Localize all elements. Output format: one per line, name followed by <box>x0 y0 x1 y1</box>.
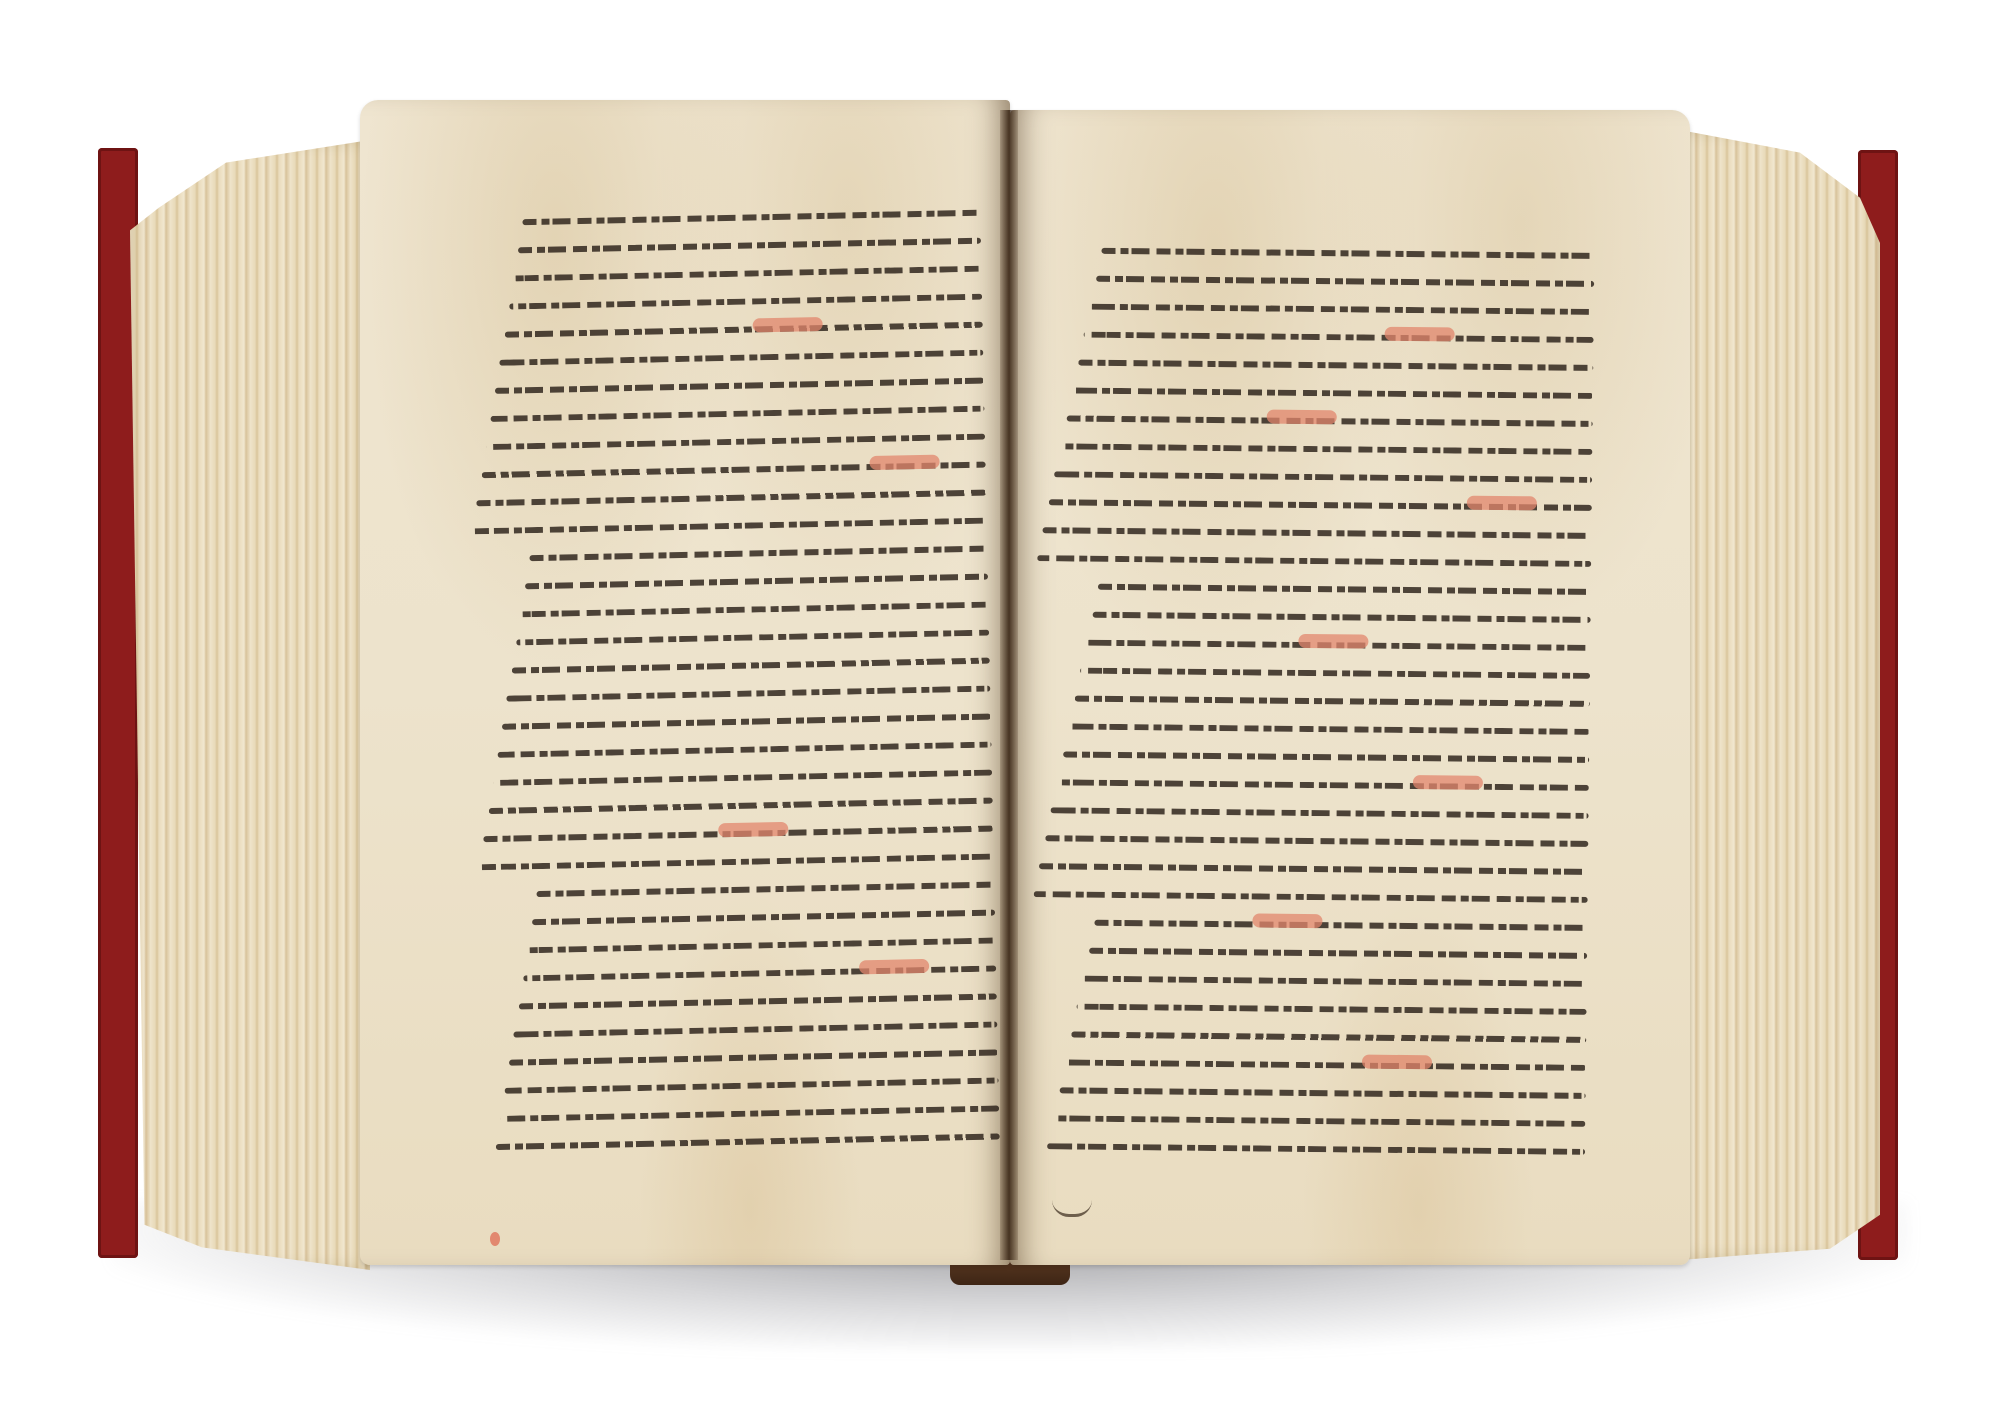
script-line <box>1057 779 1589 791</box>
right-page-text-block <box>1026 247 1595 1113</box>
rubric-word <box>718 822 788 837</box>
rubric-word <box>1252 913 1322 928</box>
script-line <box>521 602 989 618</box>
script-line <box>472 518 987 535</box>
script-line <box>500 350 984 366</box>
page-edges-left <box>130 140 370 1270</box>
script-line <box>509 294 982 310</box>
script-line <box>1071 1032 1586 1043</box>
script-line <box>1039 863 1588 875</box>
script-line <box>1092 612 1590 623</box>
script-line <box>1065 1059 1586 1070</box>
script-line <box>502 714 991 730</box>
script-line <box>525 574 988 590</box>
script-line <box>500 1105 999 1121</box>
script-line <box>528 937 996 953</box>
script-line <box>1043 527 1592 539</box>
script-line <box>1049 499 1592 511</box>
script-line <box>505 1077 999 1093</box>
script-line <box>486 434 985 450</box>
script-line <box>495 378 984 394</box>
script-line <box>1066 415 1592 427</box>
script-line <box>1095 920 1588 931</box>
script-line <box>518 993 996 1009</box>
script-line <box>1075 696 1590 707</box>
script-line <box>1084 332 1594 343</box>
rubric-word <box>859 959 929 974</box>
rubric-word <box>1298 634 1368 649</box>
rubric-word <box>869 455 939 470</box>
script-line <box>1063 751 1589 763</box>
rubric-word <box>1362 1055 1432 1070</box>
script-line <box>1090 304 1594 315</box>
script-line <box>1077 1004 1587 1015</box>
script-line <box>479 854 994 871</box>
left-page-text-block <box>460 210 999 1141</box>
script-line <box>507 686 991 702</box>
script-line <box>516 630 989 646</box>
script-line <box>1086 640 1590 651</box>
script-line <box>1078 360 1593 371</box>
script-line <box>491 406 985 422</box>
script-line <box>493 770 992 786</box>
script-line <box>1069 723 1590 734</box>
rubric-word <box>1467 496 1537 511</box>
script-line <box>1098 584 1591 595</box>
script-line <box>511 658 989 674</box>
script-line <box>514 1021 998 1037</box>
script-line <box>1089 948 1587 959</box>
script-line <box>504 322 982 338</box>
script-line <box>537 882 995 898</box>
script-line <box>1072 387 1593 398</box>
script-line <box>1083 976 1587 987</box>
script-line <box>1054 471 1592 483</box>
script-line <box>509 1049 998 1065</box>
script-line <box>484 826 994 843</box>
script-line <box>1051 807 1589 819</box>
script-line <box>514 266 982 282</box>
rubric-word <box>1385 327 1455 342</box>
rubric-word <box>1266 410 1336 425</box>
script-line <box>1033 891 1587 903</box>
script-line <box>488 798 992 815</box>
script-line <box>481 462 985 479</box>
script-line <box>518 238 981 254</box>
rubric-word <box>1413 775 1483 790</box>
script-line <box>1059 1087 1585 1099</box>
script-line <box>1045 835 1588 847</box>
folio-mark <box>490 1232 500 1246</box>
script-line <box>1060 443 1592 455</box>
script-line <box>1037 555 1591 567</box>
script-line <box>498 742 992 758</box>
script-line <box>532 910 995 926</box>
rubric-word <box>753 317 823 332</box>
script-line <box>530 546 988 562</box>
script-line <box>477 490 987 507</box>
script-line <box>523 965 996 981</box>
script-line <box>1080 668 1590 679</box>
page-edges-right <box>1680 130 1880 1260</box>
book-gutter <box>1000 110 1018 1260</box>
script-line <box>1096 276 1594 287</box>
